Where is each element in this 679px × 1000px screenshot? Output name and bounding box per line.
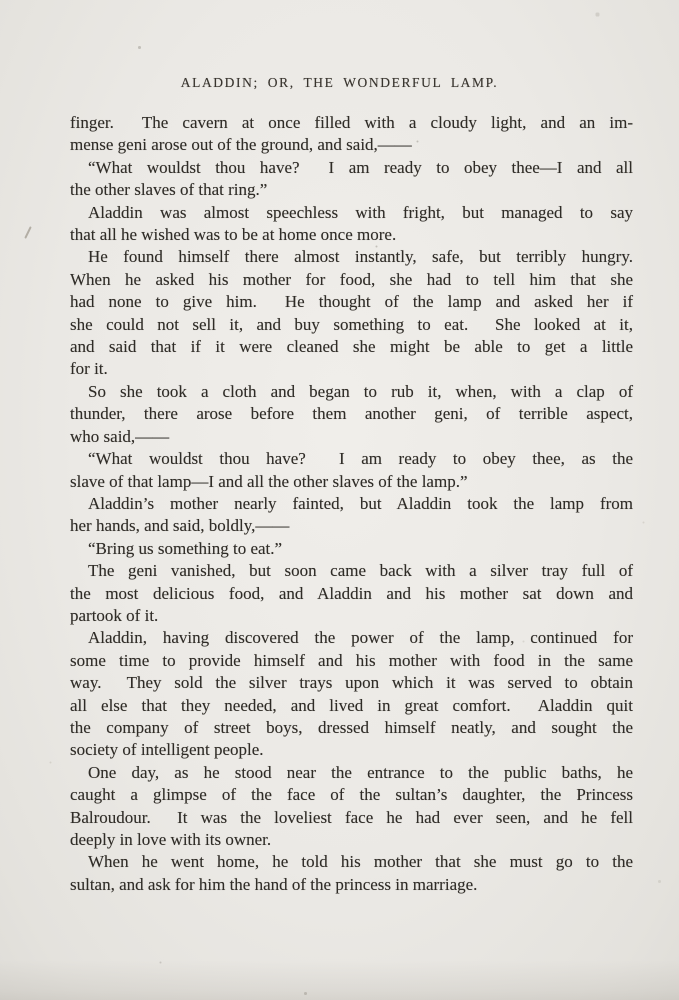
text-line: way. They sold the silver trays upon whi… (70, 672, 633, 694)
text-line: the other slaves of that ring.” (70, 179, 633, 201)
text-line: all else that they needed, and lived in … (70, 695, 633, 717)
text-line: deeply in love with its owner. (70, 829, 633, 851)
text-line: who said,—— (70, 426, 633, 448)
text-line: Aladdin was almost speechless with frigh… (70, 202, 633, 224)
paragraph: One day, as he stood near the entrance t… (70, 762, 633, 852)
text-line: the company of street boys, dressed hims… (70, 717, 633, 739)
text-line: “What wouldst thou have? I am ready to o… (70, 448, 633, 470)
paragraph: Aladdin’s mother nearly fainted, but Ala… (70, 493, 633, 538)
running-title: ALADDIN; OR, THE WONDERFUL LAMP. (0, 75, 679, 91)
text-line: slave of that lamp—I and all the other s… (70, 471, 633, 493)
text-line: that all he wished was to be at home onc… (70, 224, 633, 246)
text-line: So she took a cloth and began to rub it,… (70, 381, 633, 403)
paragraph: He found himself there almost instantly,… (70, 246, 633, 380)
text-line: partook of it. (70, 605, 633, 627)
text-line: she could not sell it, and buy something… (70, 314, 633, 336)
text-line: The geni vanished, but soon came back wi… (70, 560, 633, 582)
text-line: Aladdin, having discovered the power of … (70, 627, 633, 649)
text-line: had none to give him. He thought of the … (70, 291, 633, 313)
text-line: caught a glimpse of the face of the sult… (70, 784, 633, 806)
text-line: sultan, and ask for him the hand of the … (70, 874, 633, 896)
text-line: society of intelligent people. (70, 739, 633, 761)
text-line: When he went home, he told his mother th… (70, 851, 633, 873)
paragraph: “Bring us something to eat.” (70, 538, 633, 560)
text-line: and said that if it were cleaned she mig… (70, 336, 633, 358)
paragraph: “What wouldst thou have? I am ready to o… (70, 448, 633, 493)
paragraph: Aladdin was almost speechless with frigh… (70, 202, 633, 247)
text-line: thunder, there arose before them another… (70, 403, 633, 425)
text-line: Balroudour. It was the loveliest face he… (70, 807, 633, 829)
paragraph: “What wouldst thou have? I am ready to o… (70, 157, 633, 202)
paragraph: So she took a cloth and began to rub it,… (70, 381, 633, 448)
text-line: One day, as he stood near the entrance t… (70, 762, 633, 784)
text-line: Aladdin’s mother nearly fainted, but Ala… (70, 493, 633, 515)
text-line: finger. The cavern at once filled with a… (70, 112, 633, 134)
pen-mark (24, 226, 31, 239)
page-text: finger. The cavern at once filled with a… (70, 112, 633, 896)
book-page: ALADDIN; OR, THE WONDERFUL LAMP. finger.… (0, 0, 679, 1000)
paragraph: Aladdin, having discovered the power of … (70, 627, 633, 761)
paragraph: finger. The cavern at once filled with a… (70, 112, 633, 157)
text-line: for it. (70, 358, 633, 380)
text-line: “What wouldst thou have? I am ready to o… (70, 157, 633, 179)
scan-speck (0, 0, 1, 1)
text-line: mense geni arose out of the ground, and … (70, 134, 633, 156)
text-line: the most delicious food, and Aladdin and… (70, 583, 633, 605)
text-line: “Bring us something to eat.” (70, 538, 633, 560)
paragraph: The geni vanished, but soon came back wi… (70, 560, 633, 627)
text-line: He found himself there almost instantly,… (70, 246, 633, 268)
text-line: some time to provide himself and his mot… (70, 650, 633, 672)
text-line: her hands, and said, boldly,—— (70, 515, 633, 537)
text-line: When he asked his mother for food, she h… (70, 269, 633, 291)
paragraph: When he went home, he told his mother th… (70, 851, 633, 896)
